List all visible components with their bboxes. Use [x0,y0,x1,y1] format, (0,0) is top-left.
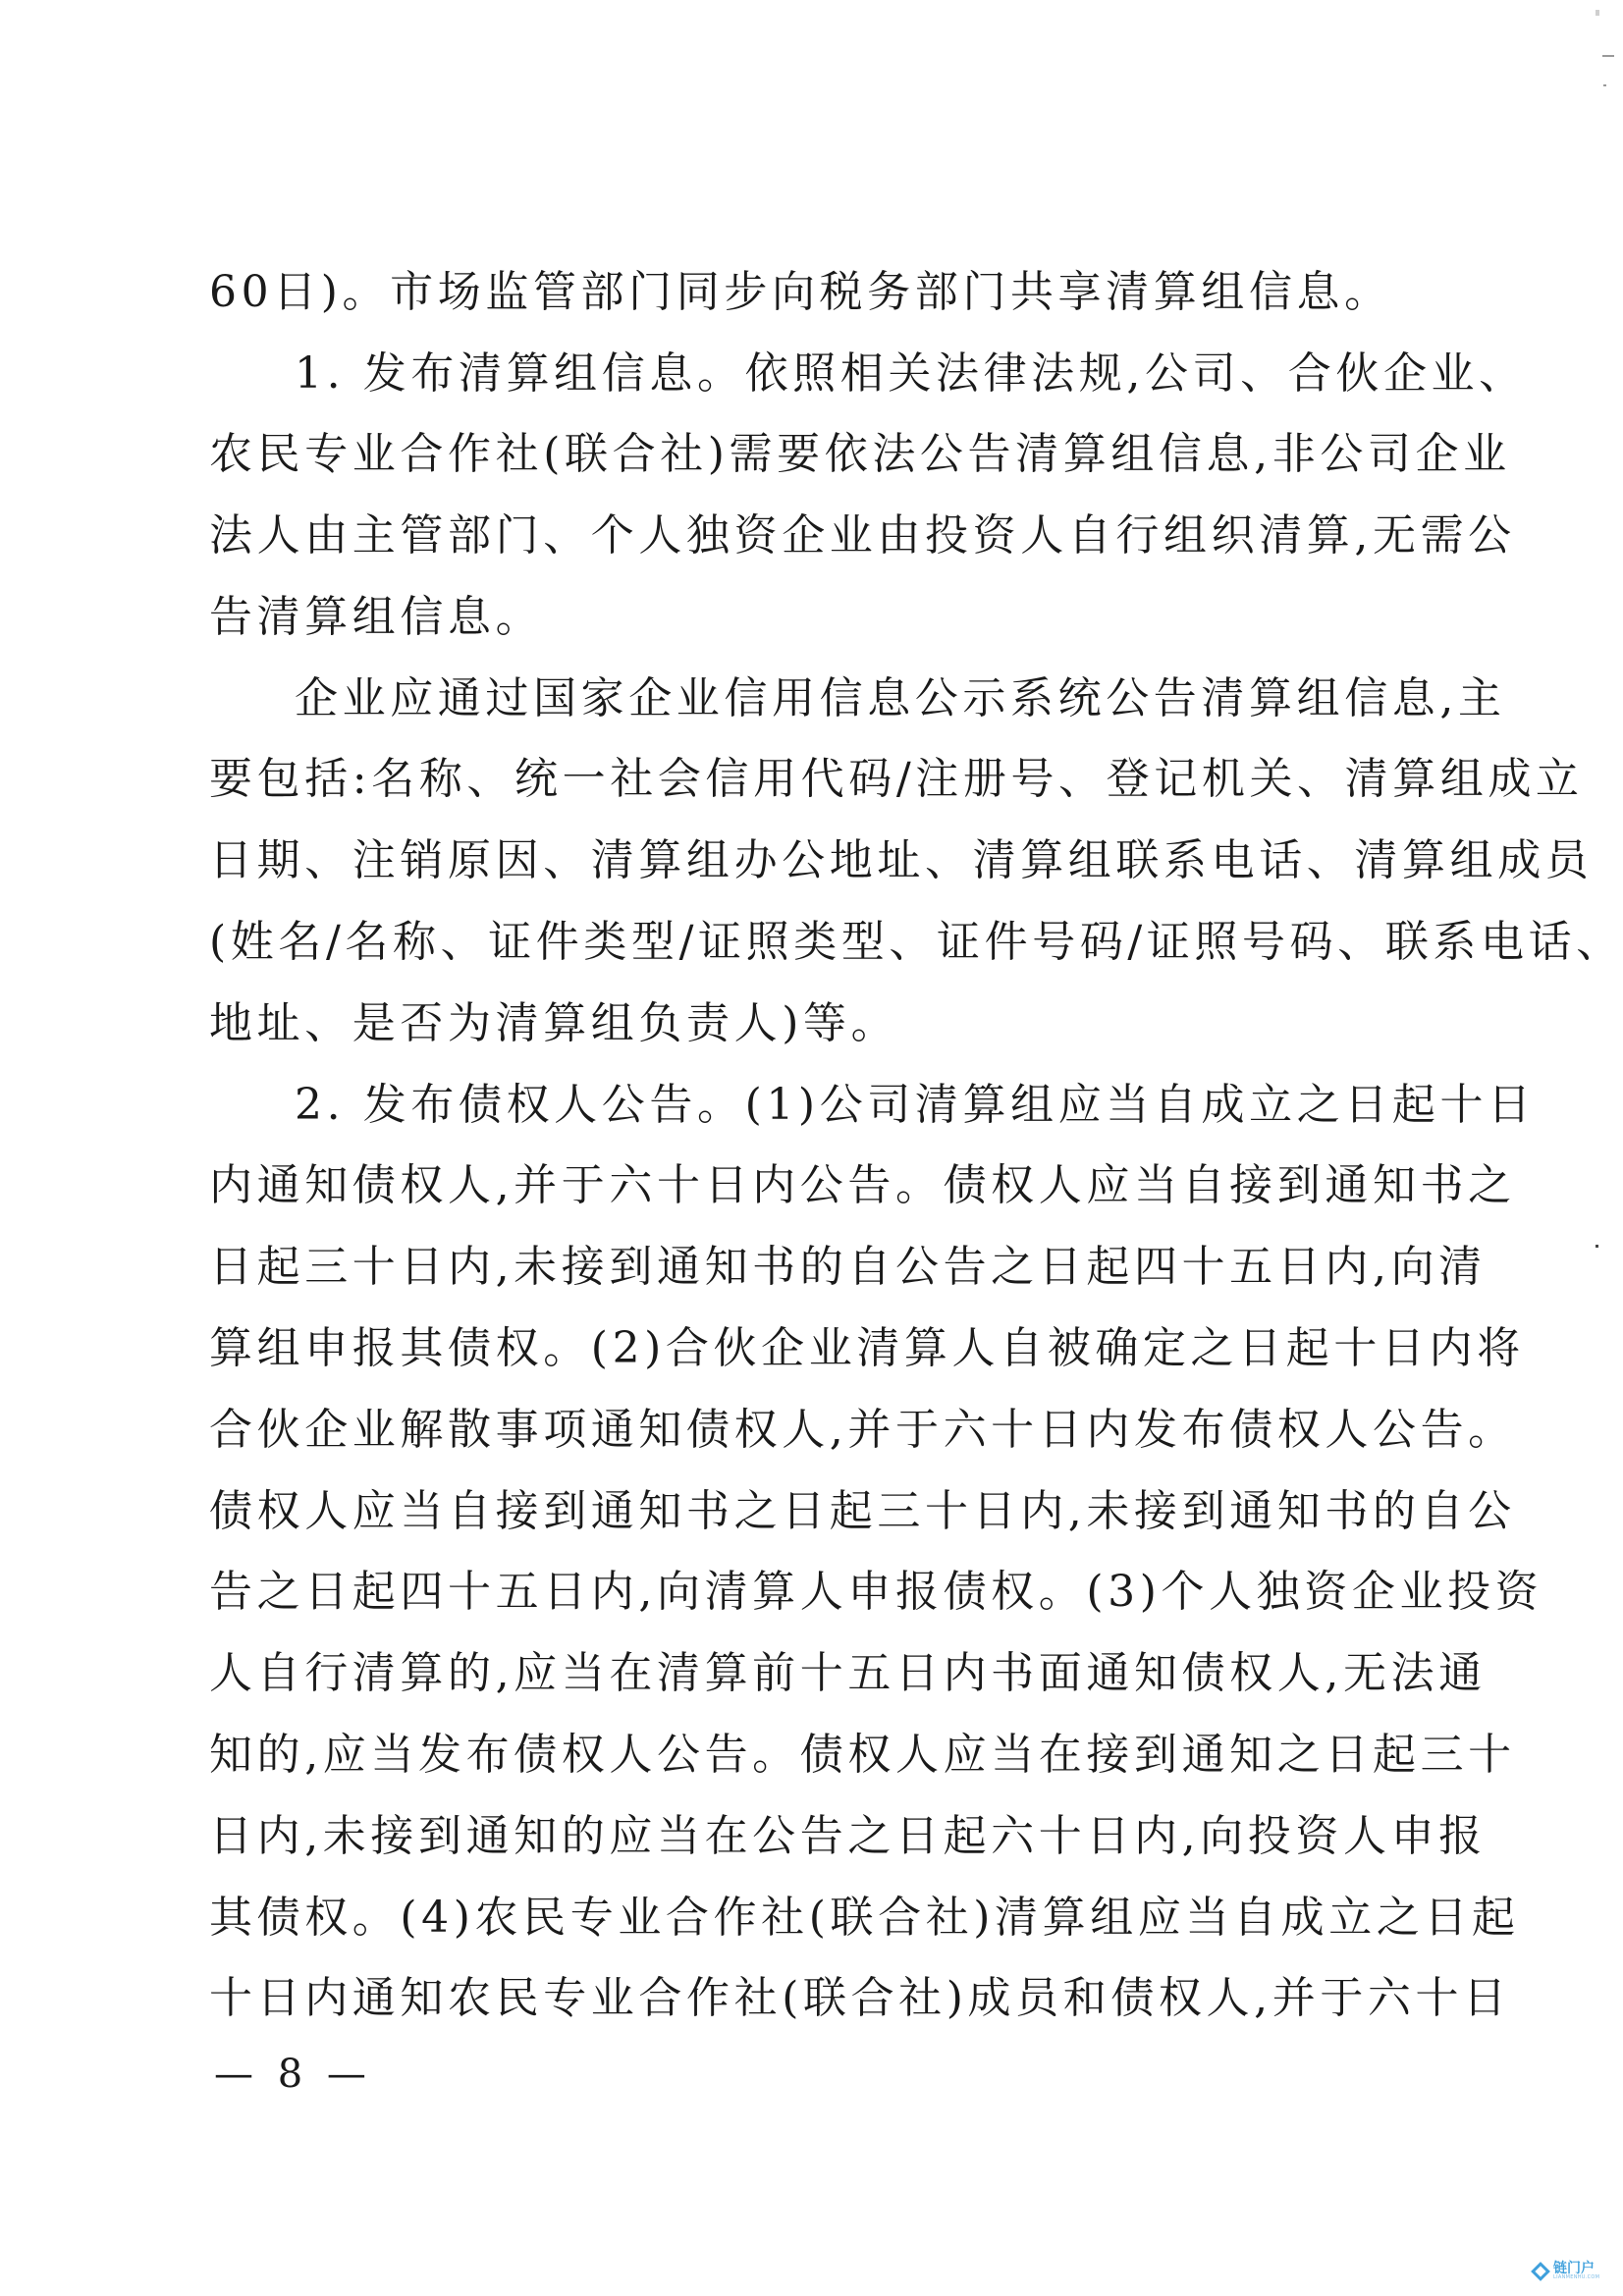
text-line: 企业应通过国家企业信用信息公示系统公告清算组信息,主 [295,669,1417,728]
text-line: 算组申报其债权。(2)合伙企业清算人自被确定之日起十日内将 [209,1319,1417,1378]
watermark-subtitle: LIANMENHU.COM [1553,2275,1599,2280]
text-line: 日内,未接到通知的应当在公告之日起六十日内,向投资人申报 [209,1807,1417,1866]
page-number: — 8 — [214,2050,372,2099]
scan-mark [1596,1245,1598,1248]
scan-mark [1602,55,1614,57]
text-line: 日期、注销原因、清算组办公地址、清算组联系电话、清算组成员 [209,831,1417,890]
text-line: (姓名/名称、证件类型/证照类型、证件号码/证照号码、联系电话、 [209,913,1417,972]
text-line: 日起三十日内,未接到通知书的自公告之日起四十五日内,向清 [209,1238,1417,1297]
site-watermark: 链门户 LIANMENHU.COM [1534,2262,1599,2280]
text-line: 债权人应当自接到通知书之日起三十日内,未接到通知书的自公 [209,1482,1417,1541]
text-line: 1. 发布清算组信息。依照相关法律法规,公司、合伙企业、 [295,345,1417,403]
text-line: 告清算组信息。 [209,588,1417,647]
text-line: 告之日起四十五日内,向清算人申报债权。(3)个人独资企业投资 [209,1563,1417,1622]
watermark-title: 链门户 [1553,2262,1599,2275]
text-line: 要包括:名称、统一社会信用代码/注册号、登记机关、清算组成立 [209,750,1417,809]
text-line: 人自行清算的,应当在清算前十五日内书面通知债权人,无法通 [209,1644,1417,1703]
text-line: 十日内通知农民专业合作社(联合社)成员和债权人,并于六十日 [209,1969,1417,2028]
text-line: 其债权。(4)农民专业合作社(联合社)清算组应当自成立之日起 [209,1889,1417,1948]
text-line: 法人由主管部门、个人独资企业由投资人自行组织清算,无需公 [209,507,1417,565]
scan-mark [1603,84,1606,86]
text-line: 农民专业合作社(联合社)需要依法公告清算组信息,非公司企业 [209,425,1417,484]
text-line: 合伙企业解散事项通知债权人,并于六十日内发布债权人公告。 [209,1401,1417,1460]
text-line: 知的,应当发布债权人公告。债权人应当在接到通知之日起三十 [209,1726,1417,1785]
scan-mark [1596,10,1599,16]
text-line: 地址、是否为清算组负责人)等。 [209,994,1417,1053]
text-line: 60日)。市场监管部门同步向税务部门共享清算组信息。 [209,263,1417,322]
text-line: 2. 发布债权人公告。(1)公司清算组应当自成立之日起十日 [295,1076,1417,1135]
document-page: 60日)。市场监管部门同步向税务部门共享清算组信息。1. 发布清算组信息。依照相… [0,0,1623,2296]
diamond-logo-icon [1531,2262,1550,2281]
text-line: 内通知债权人,并于六十日内公告。债权人应当自接到通知书之 [209,1156,1417,1215]
